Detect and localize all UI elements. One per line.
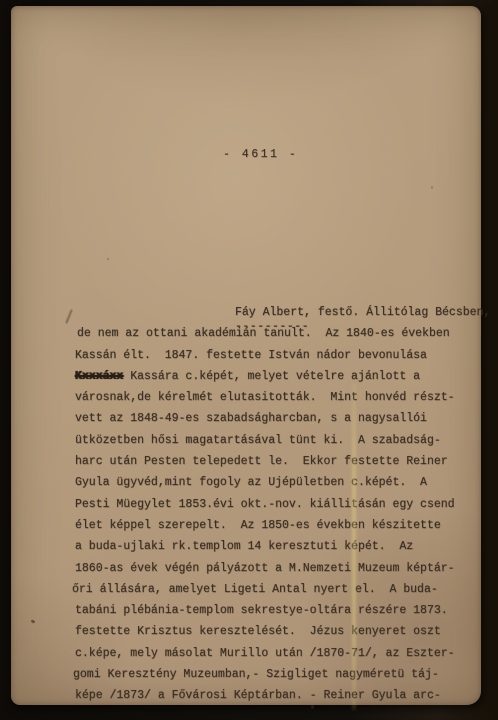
typed-line: városnak,de kérelmét elutasitották. Mint… — [75, 387, 475, 408]
typed-line-rest: Kassára c.képét, melyet vételre ajánlott… — [123, 370, 420, 383]
paper-speck — [31, 619, 36, 624]
typed-line: élet képpel szerepelt. Az 1850-es évekbe… — [75, 515, 475, 536]
typed-line: harc után Pesten telepedett le. Ekkor fe… — [75, 451, 475, 472]
scan-background: - 4611 - ---------- Fáy Albert, festő. Á… — [0, 0, 498, 720]
typed-line: a buda-ujlaki rk.templom 14 keresztuti k… — [75, 536, 475, 557]
pen-mark — [65, 309, 72, 324]
title-underline: ---------- — [235, 316, 309, 337]
typed-line: ütközetben hősi magatartásával tünt ki. … — [75, 430, 475, 451]
typed-line: vett az 1848-49-es szabadságharcban, s a… — [75, 408, 475, 429]
typed-line: 1860-as évek végén pályázott a M.Nemzeti… — [75, 558, 475, 579]
typed-paragraph: ---------- Fáy Albert, festő. Állitólag … — [75, 302, 475, 707]
typed-line: Pesti Müegylet 1853.évi okt.-nov. kiálli… — [75, 494, 475, 515]
typed-line: Kxxxáxx Kassára c.képét, melyet vételre … — [75, 366, 475, 387]
typed-line: tabáni plébánia-templom sekrestye-oltára… — [75, 600, 475, 621]
overstruck-word: Kxxxáxx — [75, 370, 123, 383]
typed-line: Kassán élt. 1847. festette István nádor … — [75, 345, 475, 366]
typed-line: c.képe, mely másolat Murillo után /1870-… — [75, 643, 475, 664]
page-number: - 4611 - — [223, 148, 298, 161]
typed-line: képe /1873/ a Fővárosi Képtárban. - Rein… — [75, 685, 475, 706]
typed-line: festette Krisztus keresztelését. Jézus k… — [75, 621, 475, 642]
typed-line: Gyula ügyvéd,mint fogoly az Ujépületben … — [75, 472, 475, 493]
paper-speck — [431, 186, 433, 189]
typed-line: őri állására, amelyet Ligeti Antal nyert… — [72, 579, 475, 600]
typed-line: gomi Keresztény Muzeumban,- Szigliget na… — [73, 664, 475, 685]
paper-speck — [107, 258, 109, 260]
document-page: - 4611 - ---------- Fáy Albert, festő. Á… — [11, 6, 481, 705]
